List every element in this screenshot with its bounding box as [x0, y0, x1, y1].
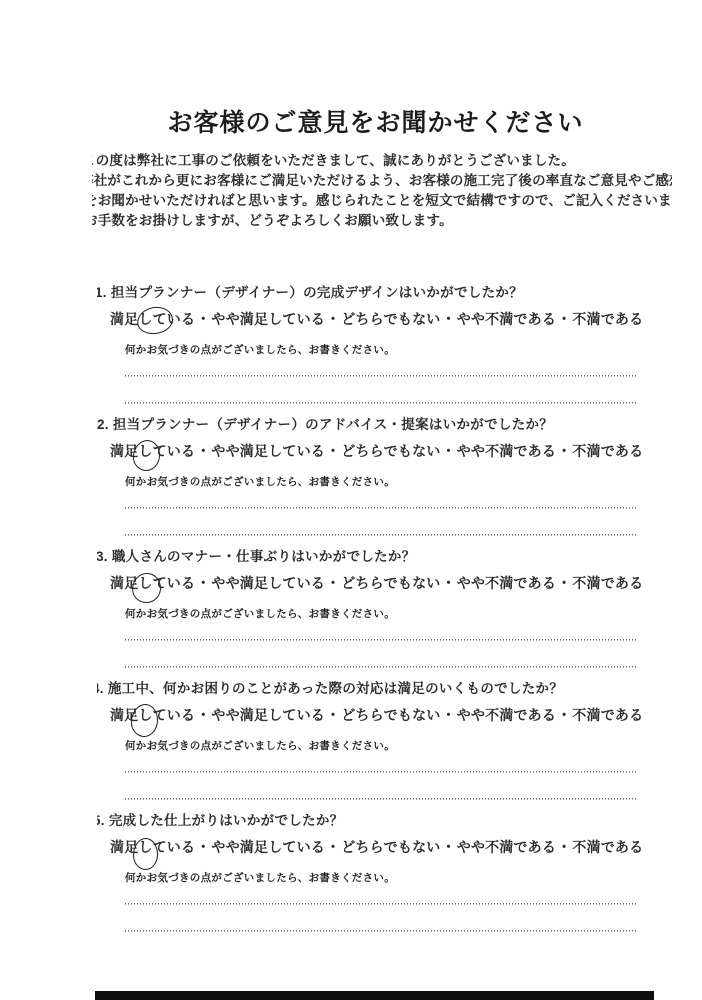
option-separator: ・ — [557, 443, 571, 459]
answer-dotted-line — [125, 930, 637, 932]
question-block-4: 4.施工中、何かお困りのことがあった際の対応は満足のいくものでしたか？ 満足して… — [92, 676, 658, 806]
question-number: 5. — [97, 813, 105, 828]
option-somewhat-dissatisfied: やや不満である — [457, 839, 556, 855]
intro-line: この度は弊社に工事のご依頼をいただきまして、誠にありがとうございました。 — [92, 151, 672, 171]
option-neutral: どちらでもない — [341, 575, 440, 591]
questionnaire-page: お客様のご意見をお聞かせください この度は弊社に工事のご依頼をいただきまして、誠… — [0, 0, 702, 1000]
option-somewhat-dissatisfied: やや不満である — [457, 311, 556, 327]
option-separator: ・ — [441, 311, 455, 327]
options-row: 満足している・やや満足している・どちらでもない・やや不満である・不満である — [110, 838, 643, 857]
options-row: 満足している・やや満足している・どちらでもない・やや不満である・不満である — [110, 442, 643, 461]
options-row: 満足している・やや満足している・どちらでもない・やや不満である・不満である — [110, 310, 643, 329]
question-number: 2. — [97, 417, 109, 432]
option-separator: ・ — [557, 311, 571, 327]
question-number: 3. — [97, 549, 108, 564]
options-row: 満足している・やや満足している・どちらでもない・やや不満である・不満である — [110, 706, 643, 725]
answer-dotted-line — [125, 375, 637, 377]
question-label: 4.施工中、何かお困りのことがあった際の対応は満足のいくものでしたか？ — [97, 680, 563, 698]
page-title: お客様のご意見をお聞かせください — [49, 108, 702, 140]
question-block-5: 5.完成した仕上がりはいかがでしたか？ 満足している・やや満足している・どちらで… — [92, 808, 658, 938]
question-block-3: 3.職人さんのマナー・仕事ぶりはいかがでしたか？ 満足している・やや満足している… — [92, 544, 658, 674]
option-separator: ・ — [441, 443, 455, 459]
option-separator: ・ — [196, 839, 210, 855]
comment-prompt: 何かお気づきの点がございましたら、お書きください。 — [125, 474, 395, 489]
option-dissatisfied: 不満である — [572, 575, 643, 591]
question-label: 5.完成した仕上がりはいかがでしたか？ — [97, 812, 343, 830]
intro-line: 弊社がこれから更にお客様にご満足いただけるよう、お客様の施工完了後の率直なご意見… — [92, 171, 672, 191]
option-neutral: どちらでもない — [341, 443, 440, 459]
comment-prompt: 何かお気づきの点がございましたら、お書きください。 — [125, 342, 395, 357]
option-separator: ・ — [441, 575, 455, 591]
option-somewhat-satisfied: やや満足している — [211, 311, 325, 327]
option-somewhat-satisfied: やや満足している — [211, 839, 325, 855]
answer-dotted-line — [125, 534, 637, 536]
option-dissatisfied: 不満である — [572, 443, 643, 459]
option-somewhat-satisfied: やや満足している — [211, 575, 325, 591]
handwritten-selection-circle — [132, 838, 158, 871]
option-separator: ・ — [196, 707, 210, 723]
answer-dotted-line — [125, 666, 637, 668]
answer-dotted-line — [125, 903, 637, 905]
option-separator: ・ — [196, 575, 210, 591]
question-text: 担当プランナー（デザイナー）のアドバイス・提案はいかがでしたか？ — [113, 417, 553, 432]
question-block-1: 1.担当プランナー（デザイナー）の完成デザインはいかがでしたか？ 満足している・… — [92, 280, 658, 410]
option-somewhat-dissatisfied: やや不満である — [457, 575, 556, 591]
option-neutral: どちらでもない — [341, 839, 440, 855]
scan-artifact-bar — [95, 991, 654, 1000]
question-label: 2.担当プランナー（デザイナー）のアドバイス・提案はいかがでしたか？ — [97, 416, 553, 434]
intro-line: お手数をお掛けしますが、どうぞよろしくお願い致します。 — [92, 211, 672, 231]
option-dissatisfied: 不満である — [572, 311, 643, 327]
option-separator: ・ — [557, 707, 571, 723]
option-somewhat-dissatisfied: やや不満である — [457, 707, 556, 723]
question-block-2: 2.担当プランナー（デザイナー）のアドバイス・提案はいかがでしたか？ 満足してい… — [92, 412, 658, 542]
question-text: 職人さんのマナー・仕事ぶりはいかがでしたか？ — [112, 549, 416, 564]
question-number: 1. — [97, 285, 107, 300]
option-separator: ・ — [557, 839, 571, 855]
options-row: 満足している・やや満足している・どちらでもない・やや不満である・不満である — [110, 574, 643, 593]
option-somewhat-dissatisfied: やや不満である — [457, 443, 556, 459]
answer-dotted-line — [125, 402, 637, 404]
answer-dotted-line — [125, 639, 637, 641]
option-separator: ・ — [196, 311, 210, 327]
question-text: 施工中、何かお困りのことがあった際の対応は満足のいくものでしたか？ — [108, 681, 563, 696]
question-label: 3.職人さんのマナー・仕事ぶりはいかがでしたか？ — [97, 548, 415, 566]
comment-prompt: 何かお気づきの点がございましたら、お書きください。 — [125, 606, 395, 621]
option-dissatisfied: 不満である — [572, 839, 643, 855]
option-somewhat-satisfied: やや満足している — [211, 707, 325, 723]
option-dissatisfied: 不満である — [572, 707, 643, 723]
intro-line: をお聞かせいただければと思います。感じられたことを短文で結構ですので、ご記入くだ… — [92, 191, 672, 211]
handwritten-selection-circle — [130, 703, 159, 737]
option-somewhat-satisfied: やや満足している — [211, 443, 325, 459]
option-separator: ・ — [326, 311, 340, 327]
option-neutral: どちらでもない — [341, 707, 440, 723]
option-neutral: どちらでもない — [341, 311, 440, 327]
comment-prompt: 何かお気づきの点がございましたら、お書きください。 — [125, 870, 395, 885]
answer-dotted-line — [125, 507, 637, 509]
option-separator: ・ — [326, 707, 340, 723]
question-text: 完成した仕上がりはいかがでしたか？ — [109, 813, 344, 828]
question-text: 担当プランナー（デザイナー）の完成デザインはいかがでしたか？ — [111, 285, 523, 300]
comment-prompt: 何かお気づきの点がございましたら、お書きください。 — [125, 738, 395, 753]
intro-paragraph: この度は弊社に工事のご依頼をいただきまして、誠にありがとうございました。 弊社が… — [92, 151, 672, 231]
option-separator: ・ — [441, 707, 455, 723]
option-separator: ・ — [196, 443, 210, 459]
option-separator: ・ — [557, 575, 571, 591]
option-separator: ・ — [326, 443, 340, 459]
option-separator: ・ — [441, 839, 455, 855]
option-separator: ・ — [326, 575, 340, 591]
question-label: 1.担当プランナー（デザイナー）の完成デザインはいかがでしたか？ — [97, 284, 523, 302]
answer-dotted-line — [125, 798, 637, 800]
answer-dotted-line — [125, 771, 637, 773]
option-separator: ・ — [326, 839, 340, 855]
question-number: 4. — [97, 681, 104, 696]
